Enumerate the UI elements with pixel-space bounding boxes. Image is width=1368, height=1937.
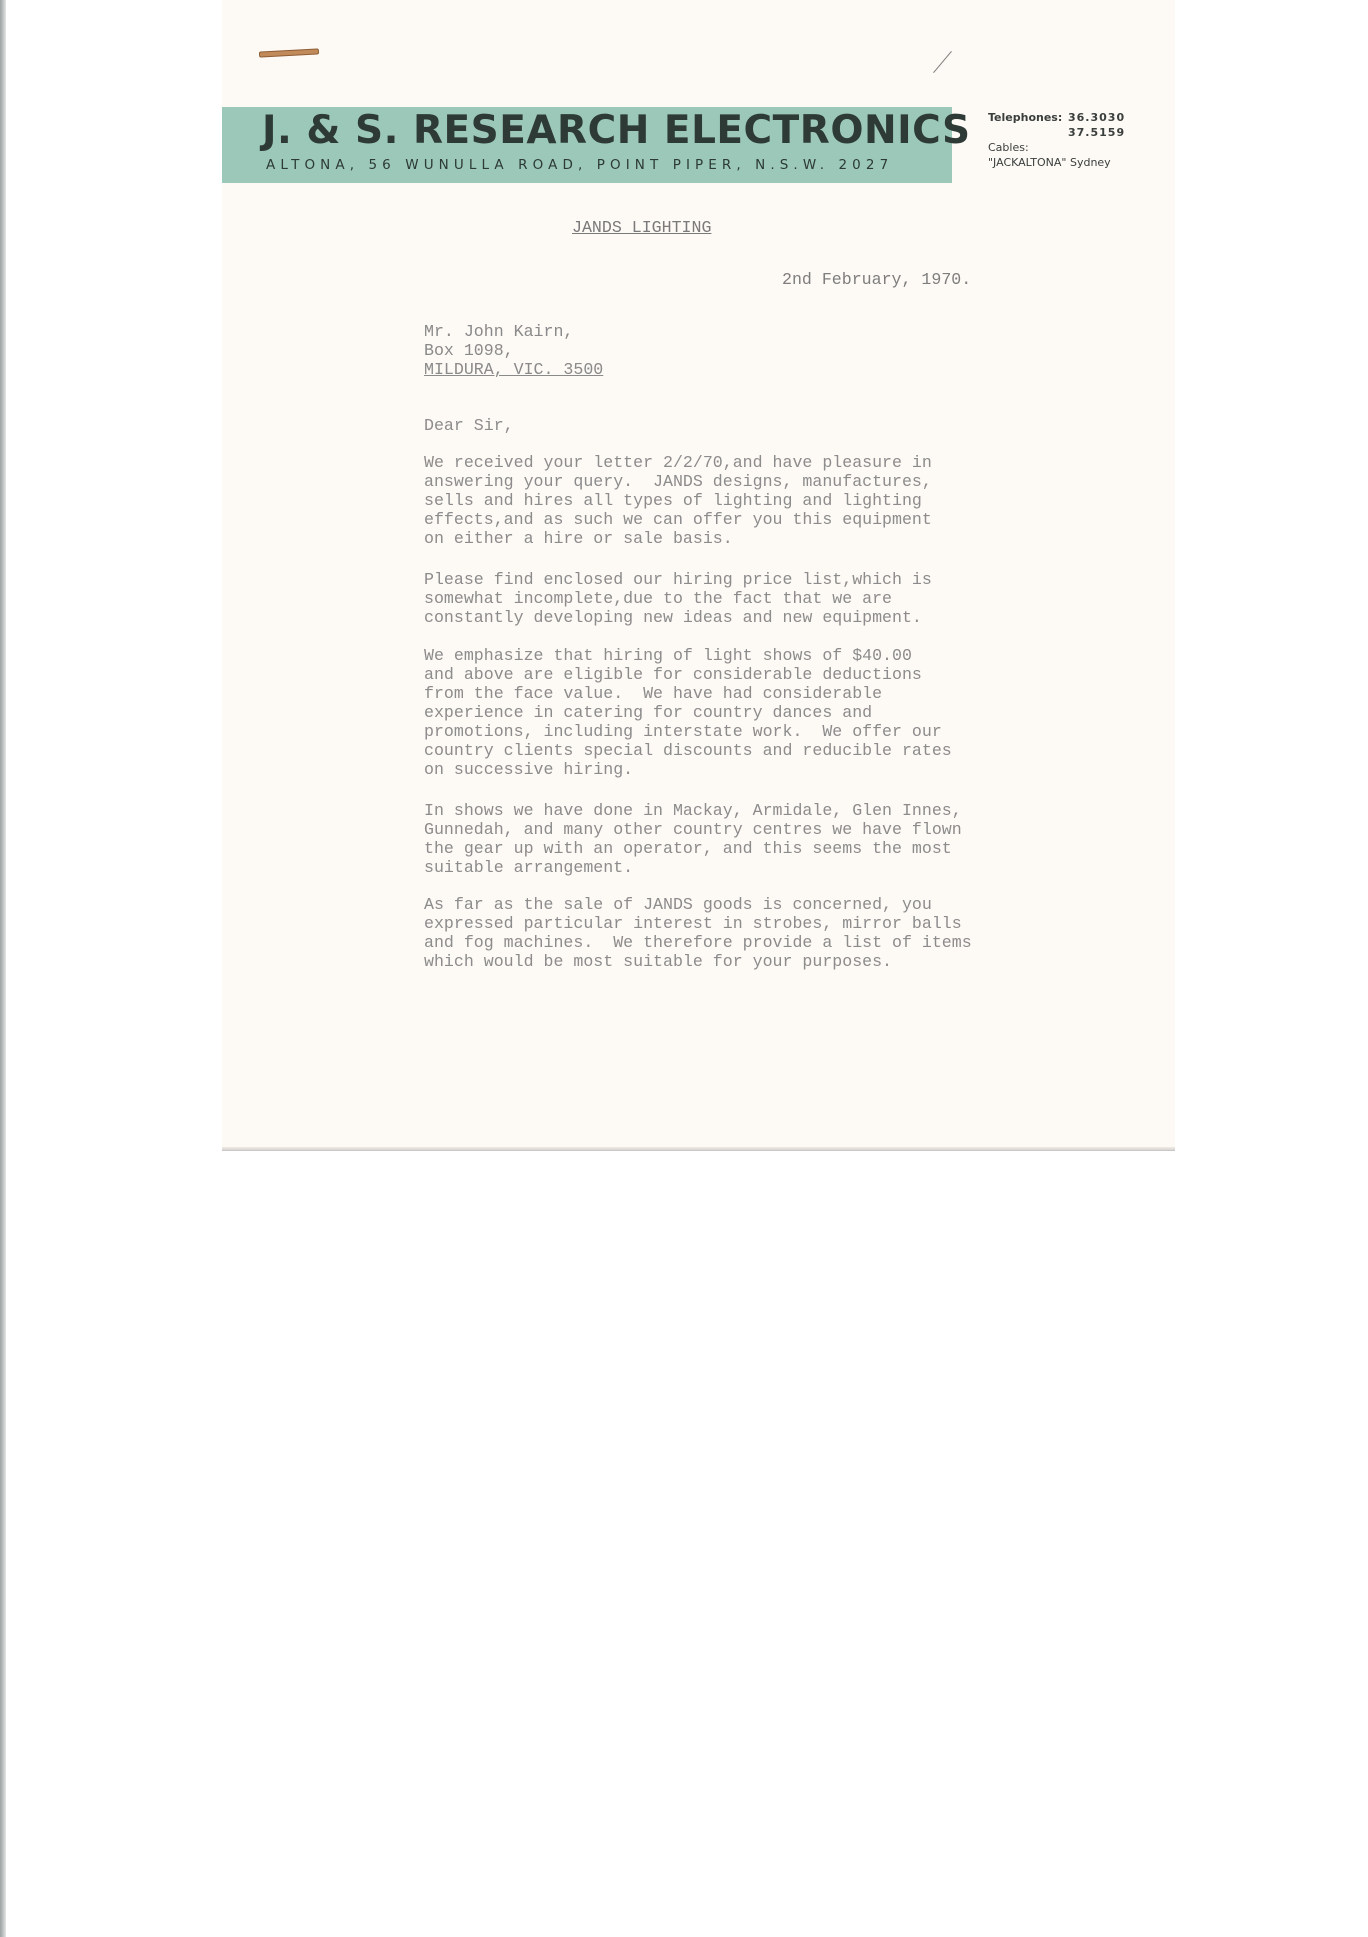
letter-date: 2nd February, 1970.	[782, 270, 971, 289]
contact-block: Telephones: 36.3030 37.5159 Cables: "JAC…	[988, 110, 1125, 170]
company-address: ALTONA, 56 WUNULLA ROAD, POINT PIPER, N.…	[266, 157, 893, 173]
recipient-city: MILDURA, VIC. 3500	[424, 360, 603, 379]
company-name: J. & S. RESEARCH ELECTRONICS	[262, 108, 971, 153]
telephone-2: 37.5159	[1068, 125, 1125, 140]
paragraph-3: We emphasize that hiring of light shows …	[424, 646, 952, 779]
cables-value: "JACKALTONA" Sydney	[988, 155, 1111, 170]
recipient-name: Mr. John Kairn,	[424, 322, 603, 341]
letter-heading: JANDS LIGHTING	[572, 218, 711, 237]
telephone-1: 36.3030	[1068, 110, 1125, 125]
paragraph-5: As far as the sale of JANDS goods is con…	[424, 895, 972, 971]
telephones-label: Telephones:	[988, 110, 1068, 125]
scanner-edge	[0, 0, 6, 1937]
recipient-address: Mr. John Kairn,Box 1098,MILDURA, VIC. 35…	[424, 322, 603, 379]
salutation: Dear Sir,	[424, 416, 514, 435]
paragraph-1: We received your letter 2/2/70,and have …	[424, 453, 932, 548]
paragraph-2: Please find enclosed our hiring price li…	[424, 570, 932, 627]
cables-label: Cables:	[988, 140, 1029, 155]
recipient-box: Box 1098,	[424, 341, 603, 360]
paragraph-4: In shows we have done in Mackay, Armidal…	[424, 801, 962, 877]
